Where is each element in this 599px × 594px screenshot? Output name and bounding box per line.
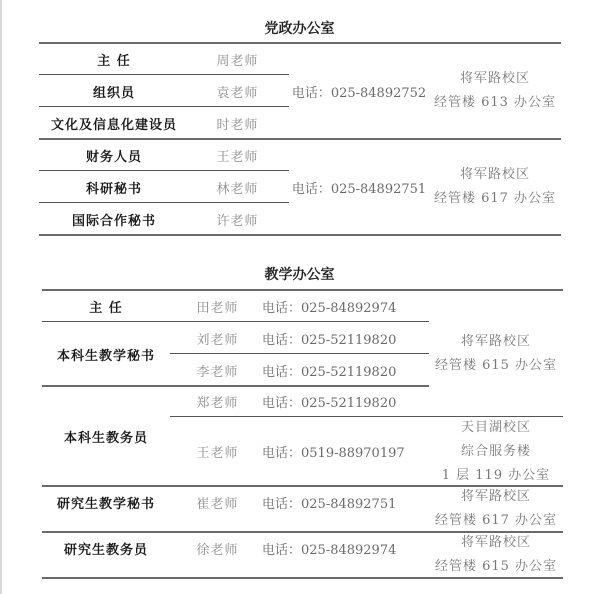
location-cell: 将军路校区 经管楼 617 办公室 — [429, 487, 563, 531]
phone-cell: 电话：025-52119820 — [262, 323, 412, 353]
role-cell: 研究生教务员 — [42, 533, 170, 563]
role-cell: 主 任 — [42, 291, 170, 321]
name-cell: 崔老师 — [180, 487, 255, 517]
phone-cell: 电话：025-52119820 — [262, 355, 412, 385]
name-cell: 时老师 — [200, 108, 275, 138]
location-cell: 将军路校区 经管楼 613 办公室 — [429, 44, 561, 138]
role-cell: 文化及信息化建设员 — [39, 108, 189, 138]
name-cell: 王老师 — [200, 140, 275, 170]
name-cell: 田老师 — [180, 291, 255, 321]
row-divider — [39, 202, 289, 203]
phone-cell: 电话：025-84892974 — [262, 291, 412, 321]
location-cell: 将军路校区 经管楼 615 办公室 — [429, 291, 563, 416]
row-divider — [39, 74, 289, 75]
location-room: 经管楼 615 办公室 — [435, 354, 557, 378]
role-cell: 研究生教学秘书 — [42, 487, 170, 517]
name-cell: 郑老师 — [180, 387, 255, 416]
phone-cell: 电话：0519-88970197 — [262, 418, 412, 485]
name-cell: 徐老师 — [180, 533, 255, 563]
role-cell: 本科生教学秘书 — [42, 323, 170, 385]
name-cell: 袁老师 — [200, 76, 275, 106]
location-room: 经管楼 617 办公室 — [434, 187, 556, 211]
table-bottom-border — [39, 234, 561, 236]
section-title-party-office: 党政办公室 — [0, 18, 599, 38]
location-campus: 将军路校区 — [461, 330, 531, 354]
phone-cell: 电话：025-84892751 — [289, 140, 429, 234]
page-left-border — [0, 0, 2, 594]
role-cell: 财务人员 — [39, 140, 189, 170]
location-campus: 将军路校区 — [460, 67, 530, 91]
phone-cell: 电话：025-52119820 — [262, 387, 412, 416]
location-room: 经管楼 613 办公室 — [434, 91, 556, 115]
row-divider — [42, 321, 429, 322]
phone-cell: 电话：025-84892751 — [262, 487, 412, 517]
row-divider — [170, 353, 429, 354]
location-cell: 天目湖校区 综合服务楼 1 层 119 办公室 — [429, 418, 563, 485]
location-building: 综合服务楼 — [461, 440, 531, 464]
location-campus: 将军路校区 — [461, 485, 531, 509]
role-cell: 主 任 — [39, 44, 189, 74]
name-cell: 李老师 — [180, 355, 255, 385]
row-divider — [39, 170, 289, 171]
location-room: 1 层 119 办公室 — [442, 464, 550, 488]
location-room: 经管楼 615 办公室 — [435, 555, 557, 579]
name-cell: 许老师 — [200, 204, 275, 234]
location-campus: 将军路校区 — [460, 163, 530, 187]
location-cell: 将军路校区 经管楼 617 办公室 — [429, 140, 561, 234]
name-cell: 刘老师 — [180, 323, 255, 353]
phone-cell: 电话：025-84892752 — [289, 44, 429, 138]
location-room: 经管楼 617 办公室 — [435, 509, 557, 533]
role-cell: 组织员 — [39, 76, 189, 106]
role-cell: 科研秘书 — [39, 172, 189, 202]
role-cell: 国际合作秘书 — [39, 204, 189, 234]
location-campus: 将军路校区 — [461, 531, 531, 555]
section-title-teaching-office: 教学办公室 — [0, 264, 599, 284]
name-cell: 林老师 — [200, 172, 275, 202]
name-cell: 周老师 — [200, 44, 275, 74]
row-divider — [39, 106, 289, 107]
phone-cell: 电话：025-84892974 — [262, 533, 412, 563]
name-cell: 王老师 — [180, 418, 255, 485]
location-cell: 将军路校区 经管楼 615 办公室 — [429, 533, 563, 577]
location-campus: 天目湖校区 — [461, 416, 531, 440]
role-cell: 本科生教务员 — [42, 387, 170, 485]
